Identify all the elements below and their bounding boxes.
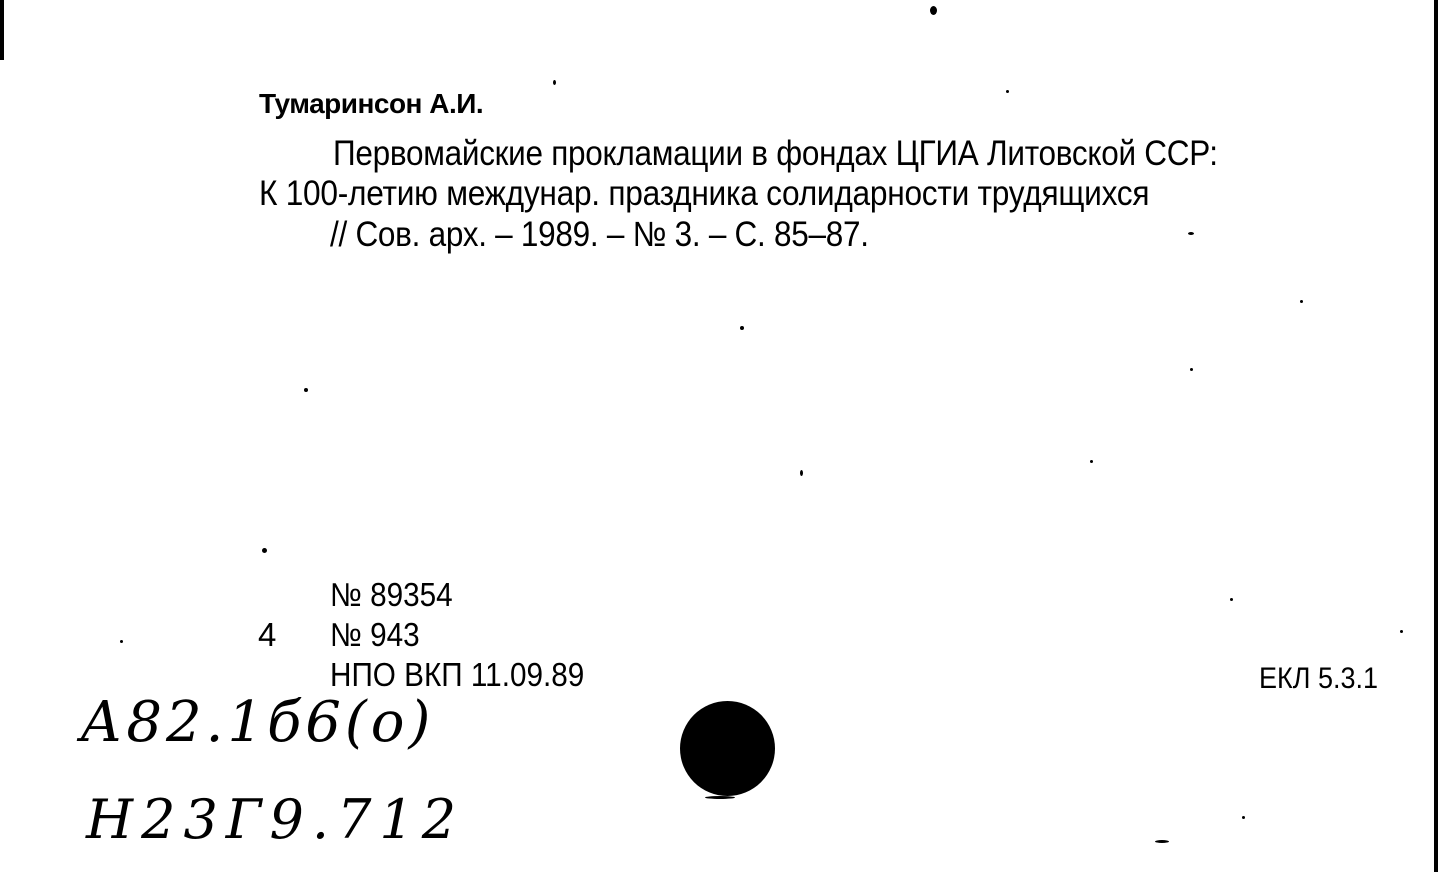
scan-speck <box>1190 368 1193 371</box>
title-line-2: К 100-летию междунар. праздника солидарн… <box>259 174 1149 214</box>
scan-speck <box>930 6 937 15</box>
scan-speck <box>553 80 556 85</box>
processing-note: НПО ВКП 11.09.89 <box>330 656 584 694</box>
scan-speck <box>1230 598 1233 601</box>
scan-speck <box>1400 630 1403 633</box>
order-number: № 943 <box>330 616 420 654</box>
scan-speck <box>304 388 308 392</box>
source-citation: // Сов. арх. – 1989. – № 3. – С. 85–87. <box>330 215 869 255</box>
scan-speck <box>1155 840 1169 843</box>
scan-speck <box>262 548 267 553</box>
handwritten-shelf-mark-2: Н23Г9.712 <box>86 788 464 851</box>
catalog-card: Тумаринсон А.И. Первомайские прокламации… <box>0 0 1440 872</box>
scan-speck <box>1242 816 1245 819</box>
scan-edge-right <box>1434 0 1438 872</box>
registration-number: № 89354 <box>330 576 453 614</box>
classification-code: ЕКЛ 5.3.1 <box>1259 662 1378 696</box>
scan-speck <box>1090 460 1093 463</box>
scan-speck <box>1300 300 1303 303</box>
scan-edge-left <box>0 0 4 60</box>
title-line-1: Первомайские прокламации в фондах ЦГИА Л… <box>333 134 1218 174</box>
scan-speck <box>1006 90 1009 93</box>
scan-speck <box>705 796 735 799</box>
scan-speck <box>120 640 123 643</box>
scan-speck <box>1188 232 1194 235</box>
scan-speck <box>800 470 803 476</box>
scan-speck <box>740 326 744 330</box>
copies-count: 4 <box>258 616 276 654</box>
handwritten-shelf-mark-1: А82.1б6(о) <box>80 690 434 755</box>
punch-hole <box>680 701 775 796</box>
author-name: Тумаринсон А.И. <box>259 88 483 120</box>
